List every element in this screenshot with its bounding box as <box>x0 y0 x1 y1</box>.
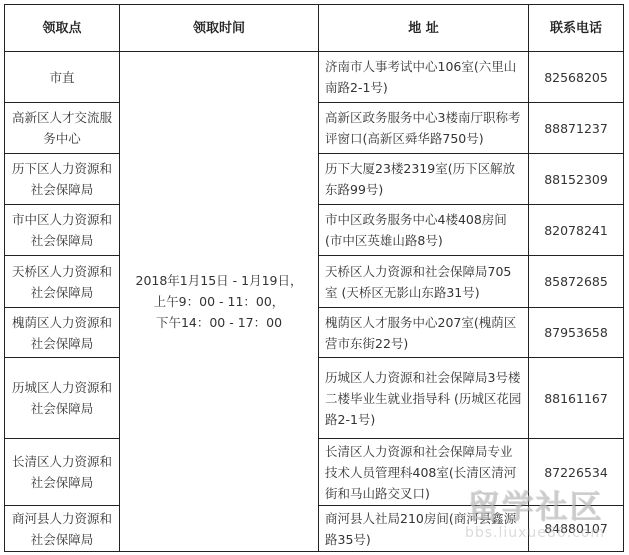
address-cell: 历下大厦23楼2319室(历下区解放东路99号) <box>319 154 529 205</box>
pickup-time-cell: 2018年1月15日 - 1月19日， 上午9：00 - 11：00， 下午14… <box>120 52 319 552</box>
phone-cell: 88152309 <box>529 154 624 205</box>
phone-cell: 84880107 <box>529 506 624 552</box>
address-cell: 槐荫区人才服务中心207室(槐荫区营市东街22号) <box>319 308 529 358</box>
pickup-point-cell: 历下区人力资源和社会保障局 <box>5 154 120 205</box>
pickup-locations-table: 领取点 领取时间 地 址 联系电话 市直 2018年1月15日 - 1月19日，… <box>4 4 624 552</box>
address-cell: 历城区人力资源和社会保障局3号楼二楼毕业生就业指导科 (历城区花园路2-1号) <box>319 358 529 439</box>
pickup-time-morning: 上午9：00 - 11：00， <box>126 291 312 312</box>
address-cell: 高新区政务服务中心3楼南厅职称考评窗口(高新区舜华路750号) <box>319 103 529 154</box>
phone-cell: 88161167 <box>529 358 624 439</box>
phone-cell: 82568205 <box>529 52 624 103</box>
pickup-time-dates: 2018年1月15日 - 1月19日， <box>126 270 312 291</box>
header-phone: 联系电话 <box>529 5 624 52</box>
phone-cell: 85872685 <box>529 256 624 308</box>
phone-cell: 88871237 <box>529 103 624 154</box>
address-cell: 济南市人事考试中心106室(六里山南路2-1号) <box>319 52 529 103</box>
pickup-point-cell: 历城区人力资源和社会保障局 <box>5 358 120 439</box>
address-cell: 天桥区人力资源和社会保障局705室 (天桥区无影山东路31号) <box>319 256 529 308</box>
pickup-point-cell: 槐荫区人力资源和社会保障局 <box>5 308 120 358</box>
header-address: 地 址 <box>319 5 529 52</box>
phone-cell: 87953658 <box>529 308 624 358</box>
pickup-time-afternoon: 下午14：00 - 17：00 <box>126 312 312 333</box>
address-cell: 商河县人社局210房间(商河县鑫源路35号) <box>319 506 529 552</box>
address-cell: 长清区人力资源和社会保障局专业技术人员管理科408室(长清区清河街和马山路交叉口… <box>319 439 529 506</box>
header-pickup-point: 领取点 <box>5 5 120 52</box>
phone-cell: 87226534 <box>529 439 624 506</box>
pickup-point-cell: 市直 <box>5 52 120 103</box>
table-row: 市直 2018年1月15日 - 1月19日， 上午9：00 - 11：00， 下… <box>5 52 624 103</box>
pickup-point-cell: 高新区人才交流服务中心 <box>5 103 120 154</box>
pickup-point-cell: 市中区人力资源和社会保障局 <box>5 205 120 256</box>
table-header-row: 领取点 领取时间 地 址 联系电话 <box>5 5 624 52</box>
phone-cell: 82078241 <box>529 205 624 256</box>
pickup-point-cell: 长清区人力资源和社会保障局 <box>5 439 120 506</box>
pickup-point-cell: 天桥区人力资源和社会保障局 <box>5 256 120 308</box>
pickup-point-cell: 商河县人力资源和社会保障局 <box>5 506 120 552</box>
address-cell: 市中区政务服务中心4楼408房间(市中区英雄山路8号) <box>319 205 529 256</box>
header-pickup-time: 领取时间 <box>120 5 319 52</box>
